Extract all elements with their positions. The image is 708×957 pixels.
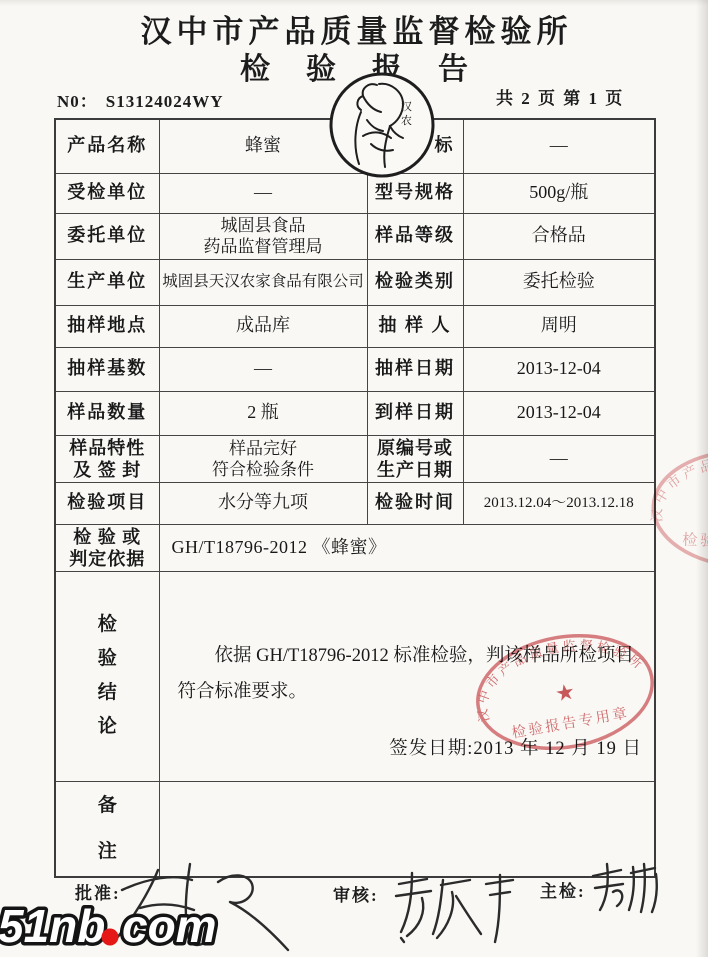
value-entrusting-unit: 城固县食品 药品监督管理局 [159,213,367,259]
label-manufacturer: 生产单位 [55,259,159,305]
value-sampling-base: — [159,347,367,391]
official-seal: 汉中市产品质量监督检验所 ★ 检验报告专用章 [470,626,660,758]
value-original-no: — [463,435,655,482]
svg-text:汉中市产品质量监督检验所: 汉中市产品质量监督检验所 [650,450,708,529]
report-number: N0：S13124024WY [57,87,224,112]
value-model-spec: 500g/瓶 [463,173,655,213]
seal-bottom-text: 检验报告专用章 [510,703,630,741]
value-trademark: — [463,119,655,173]
label-sampling-base: 抽样基数 [55,347,159,391]
label-sample-grade: 样品等级 [367,213,463,259]
watermark-text-right: com [122,900,217,952]
value-arrival-date: 2013-12-04 [463,391,655,435]
label-entrusting-unit: 委托单位 [55,213,159,259]
label-inspection-items: 检验项目 [55,482,159,524]
label-arrival-date: 到样日期 [367,391,463,435]
edge-seal-partial: 汉中市产品质量监督检验所 检验报告专用章 [650,424,708,592]
table-row: 样品特性 及 签 封 样品完好 符合检验条件 原编号或 生产日期 — [55,435,655,482]
label-inspection-type: 检验类别 [367,259,463,305]
value-sample-quantity: 2 瓶 [159,391,367,435]
reviewer-signature [385,868,520,948]
watermark-dot [102,929,119,946]
value-sample-condition: 样品完好 符合检验条件 [159,435,367,482]
label-sampling-date: 抽样日期 [367,347,463,391]
table-row: 抽样地点 成品库 抽 样 人 周明 [55,305,655,347]
watermark: 51nb com [0,892,229,956]
value-inspection-type: 委托检验 [463,259,655,305]
emblem-char-2: 农 [401,114,412,127]
watermark-text-left: 51nb [0,900,105,952]
label-sampling-place: 抽样地点 [55,305,159,347]
label-inspection-time: 检验时间 [367,482,463,524]
emblem-char-1: 汉 [401,100,412,113]
institute-emblem-icon: 汉 农 [327,70,437,180]
table-row: 生产单位 城固县天汉农家食品有限公司 检验类别 委托检验 [55,259,655,305]
label-inspection-conclusion: 检 验 结 论 [55,571,159,781]
table-row: 样品数量 2 瓶 到样日期 2013-12-04 [55,391,655,435]
page-info: 共 2 页 第 1 页 [496,84,624,109]
inspection-report-table: 产品名称 蜂蜜 标 — 受检单位 — 型号规格 500g/瓶 委托单位 城固县食… [54,118,656,878]
value-sample-grade: 合格品 [463,213,655,259]
label-sample-quantity: 样品数量 [55,391,159,435]
table-row: 检 验 或 判定依据 GH/T18796-2012 《蜂蜜》 [55,524,655,571]
seal-star-icon: ★ [553,678,577,706]
value-sampling-place: 成品库 [159,305,367,347]
inspect-label: 主检: [540,877,586,902]
label-sample-condition: 样品特性 及 签 封 [55,435,159,482]
table-row: 抽样基数 — 抽样日期 2013-12-04 [55,347,655,391]
value-sampling-date: 2013-12-04 [463,347,655,391]
table-row: 委托单位 城固县食品 药品监督管理局 样品等级 合格品 [55,213,655,259]
label-original-no: 原编号或 生产日期 [367,435,463,482]
value-inspection-time: 2013.12.04～2013.12.18 [463,482,655,524]
label-sampler: 抽 样 人 [367,305,463,347]
review-label: 审核: [333,881,379,906]
label-inspected-unit: 受检单位 [55,173,159,213]
edge-seal-ring-text: 汉中市产品质量监督检验所 [650,450,708,529]
value-manufacturer: 城固县天汉农家食品有限公司 [159,259,367,305]
table-row: 检验项目 水分等九项 检验时间 2013.12.04～2013.12.18 [55,482,655,524]
report-number-prefix: N0： [57,92,98,111]
chief-inspector-signature [583,858,668,918]
value-inspection-items: 水分等九项 [159,482,367,524]
label-judgment-basis: 检 验 或 判定依据 [55,524,159,571]
report-number-value: S13124024WY [106,92,224,111]
value-sampler: 周明 [463,305,655,347]
label-product-name: 产品名称 [55,119,159,173]
value-judgment-basis: GH/T18796-2012 《蜂蜜》 [159,524,655,571]
